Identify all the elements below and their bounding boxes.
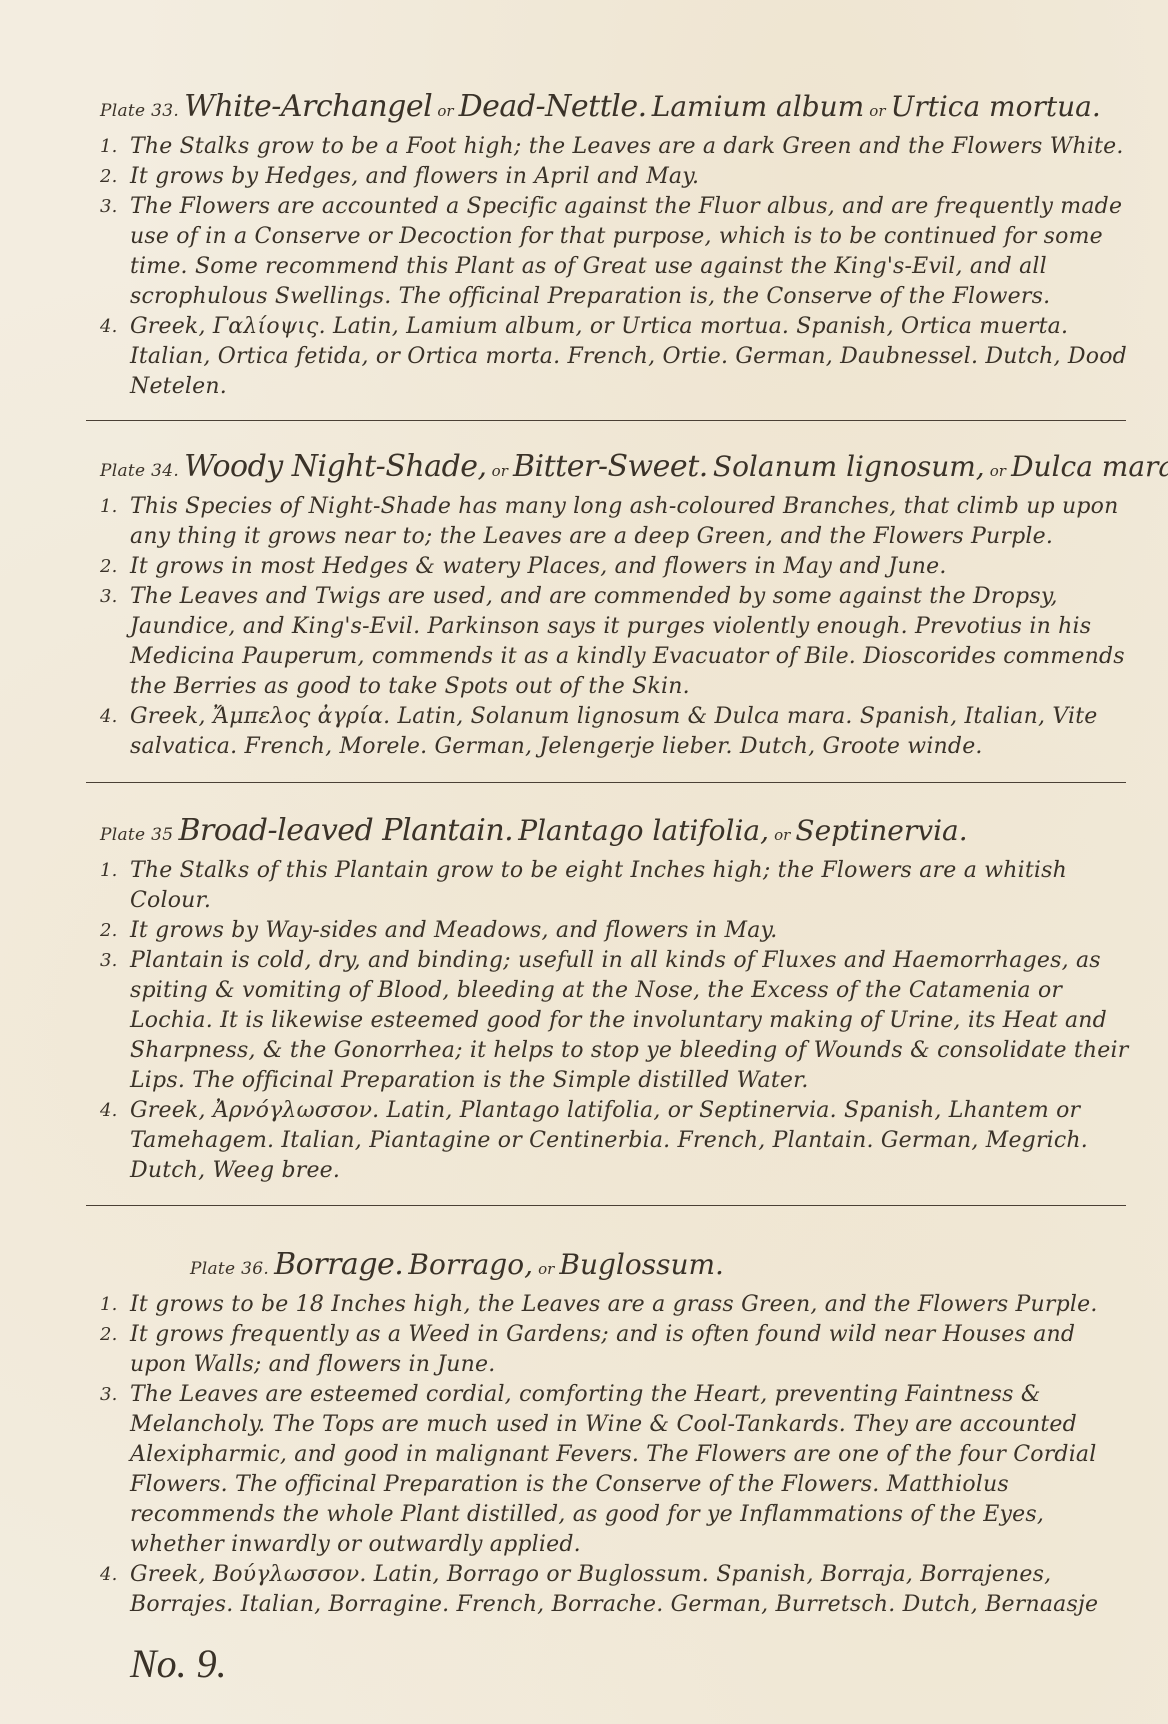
item-list: 1.The Stalks grow to be a Foot high; the… xyxy=(100,132,1130,402)
item-list: 1.It grows to be 18 Inches high, the Lea… xyxy=(100,1290,1130,1620)
list-item: 2.It grows frequently as a Weed in Garde… xyxy=(100,1320,1130,1380)
item-number: 3. xyxy=(100,946,118,976)
item-number: 2. xyxy=(100,916,118,946)
item-text: It grows by Way-sides and Meadows, and f… xyxy=(130,918,777,943)
item-text: It grows by Hedges, and flowers in April… xyxy=(130,164,699,189)
latin-name-alt: Septinervia. xyxy=(795,814,967,847)
item-number: 3. xyxy=(100,1380,118,1410)
plate-35-section: Plate 35 Broad-leaved Plantain. Plantago… xyxy=(100,816,1130,1186)
list-item: 3.Plantain is cold, dry, and binding; us… xyxy=(100,946,1130,1096)
or-word: or xyxy=(538,1260,554,1278)
item-number: 1. xyxy=(100,856,118,886)
page-number: No. 9. xyxy=(130,1640,227,1687)
plate-heading: Plate 36. Borrage. Borrago, or Buglossum… xyxy=(100,1250,1130,1280)
list-item: 2.It grows by Hedges, and flowers in Apr… xyxy=(100,162,1130,192)
item-number: 1. xyxy=(100,1290,118,1320)
or-word: or xyxy=(774,826,790,844)
item-number: 4. xyxy=(100,702,118,732)
plate-label: Plate 33. xyxy=(100,101,179,121)
latin-name-alt: Dulca mara xyxy=(1011,450,1168,483)
latin-name: Solanum lignosum, xyxy=(713,450,985,483)
list-item: 4.Greek, Ἀρνόγλωσσον. Latin, Plantago la… xyxy=(100,1096,1130,1186)
item-number: 2. xyxy=(100,162,118,192)
item-text: Greek, Βούγλωσσον. Latin, Borrago or Bug… xyxy=(130,1562,1098,1617)
list-item: 2.It grows in most Hedges & watery Place… xyxy=(100,552,1130,582)
common-name-alt: Bitter-Sweet. xyxy=(513,449,708,484)
list-item: 1.The Stalks of this Plantain grow to be… xyxy=(100,856,1130,916)
section-divider xyxy=(86,420,1126,421)
common-name: Woody Night-Shade, xyxy=(184,449,486,484)
item-text: It grows in most Hedges & watery Places,… xyxy=(130,554,947,579)
plate-33-section: Plate 33. White-Archangel or Dead-Nettle… xyxy=(100,92,1130,402)
item-number: 1. xyxy=(100,132,118,162)
item-list: 1.This Species of Night-Shade has many l… xyxy=(100,492,1130,762)
item-text: The Leaves are esteemed cordial, comfort… xyxy=(130,1382,1097,1557)
common-name: White-Archangel xyxy=(184,89,432,124)
or-word: or xyxy=(437,102,453,120)
plate-heading: Plate 33. White-Archangel or Dead-Nettle… xyxy=(100,92,1130,122)
item-text: It grows frequently as a Weed in Gardens… xyxy=(130,1322,1075,1377)
item-text: The Stalks of this Plantain grow to be e… xyxy=(130,858,1067,913)
common-name: Broad-leaved Plantain. xyxy=(178,813,513,848)
list-item: 3.The Flowers are accounted a Specific a… xyxy=(100,192,1130,312)
plate-heading: Plate 35 Broad-leaved Plantain. Plantago… xyxy=(100,816,1130,846)
item-text: Plantain is cold, dry, and binding; usef… xyxy=(130,948,1128,1093)
plate-label: Plate 34. xyxy=(100,461,179,481)
latin-name: Borrago, xyxy=(408,1248,533,1281)
item-number: 4. xyxy=(100,312,118,342)
list-item: 1.The Stalks grow to be a Foot high; the… xyxy=(100,132,1130,162)
or-word: or xyxy=(990,462,1006,480)
item-list: 1.The Stalks of this Plantain grow to be… xyxy=(100,856,1130,1186)
item-number: 3. xyxy=(100,582,118,612)
item-text: This Species of Night-Shade has many lon… xyxy=(130,494,1119,549)
section-divider xyxy=(86,1205,1126,1206)
item-number: 1. xyxy=(100,492,118,522)
item-number: 4. xyxy=(100,1096,118,1126)
latin-name-alt: Urtica mortua. xyxy=(891,90,1101,123)
item-text: Greek, Ἄμπελος ἀγρία. Latin, Solanum lig… xyxy=(130,704,1098,759)
list-item: 4.Greek, Γαλίοψις. Latin, Lamium album, … xyxy=(100,312,1130,402)
plate-label: Plate 36. xyxy=(190,1259,269,1279)
common-name: Borrage. xyxy=(274,1247,403,1282)
common-name-alt: Dead-Nettle. xyxy=(459,89,647,124)
or-word: or xyxy=(869,102,885,120)
or-word: or xyxy=(492,462,508,480)
item-number: 4. xyxy=(100,1560,118,1590)
list-item: 2.It grows by Way-sides and Meadows, and… xyxy=(100,916,1130,946)
engraved-page: Plate 33. White-Archangel or Dead-Nettle… xyxy=(0,0,1168,1724)
latin-name-alt: Buglossum. xyxy=(559,1248,724,1281)
item-number: 3. xyxy=(100,192,118,222)
list-item: 3.The Leaves are esteemed cordial, comfo… xyxy=(100,1380,1130,1560)
list-item: 4.Greek, Ἄμπελος ἀγρία. Latin, Solanum l… xyxy=(100,702,1130,762)
latin-name: Lamium album xyxy=(652,90,864,123)
plate-36-section: Plate 36. Borrage. Borrago, or Buglossum… xyxy=(100,1250,1130,1620)
list-item: 4.Greek, Βούγλωσσον. Latin, Borrago or B… xyxy=(100,1560,1130,1620)
item-text: The Stalks grow to be a Foot high; the L… xyxy=(130,134,1124,159)
list-item: 1.This Species of Night-Shade has many l… xyxy=(100,492,1130,552)
list-item: 1.It grows to be 18 Inches high, the Lea… xyxy=(100,1290,1130,1320)
item-number: 2. xyxy=(100,1320,118,1350)
item-text: It grows to be 18 Inches high, the Leave… xyxy=(130,1292,1098,1317)
list-item: 3.The Leaves and Twigs are used, and are… xyxy=(100,582,1130,702)
plate-label: Plate 35 xyxy=(100,825,173,845)
item-text: The Flowers are accounted a Specific aga… xyxy=(130,194,1122,309)
latin-name: Plantago latifolia, xyxy=(518,814,769,847)
plate-34-section: Plate 34. Woody Night-Shade, or Bitter-S… xyxy=(100,452,1130,762)
item-text: Greek, Γαλίοψις. Latin, Lamium album, or… xyxy=(130,314,1127,399)
item-text: The Leaves and Twigs are used, and are c… xyxy=(130,584,1125,699)
item-number: 2. xyxy=(100,552,118,582)
section-divider xyxy=(86,782,1126,783)
plate-heading: Plate 34. Woody Night-Shade, or Bitter-S… xyxy=(100,452,1130,482)
item-text: Greek, Ἀρνόγλωσσον. Latin, Plantago lati… xyxy=(130,1098,1088,1183)
